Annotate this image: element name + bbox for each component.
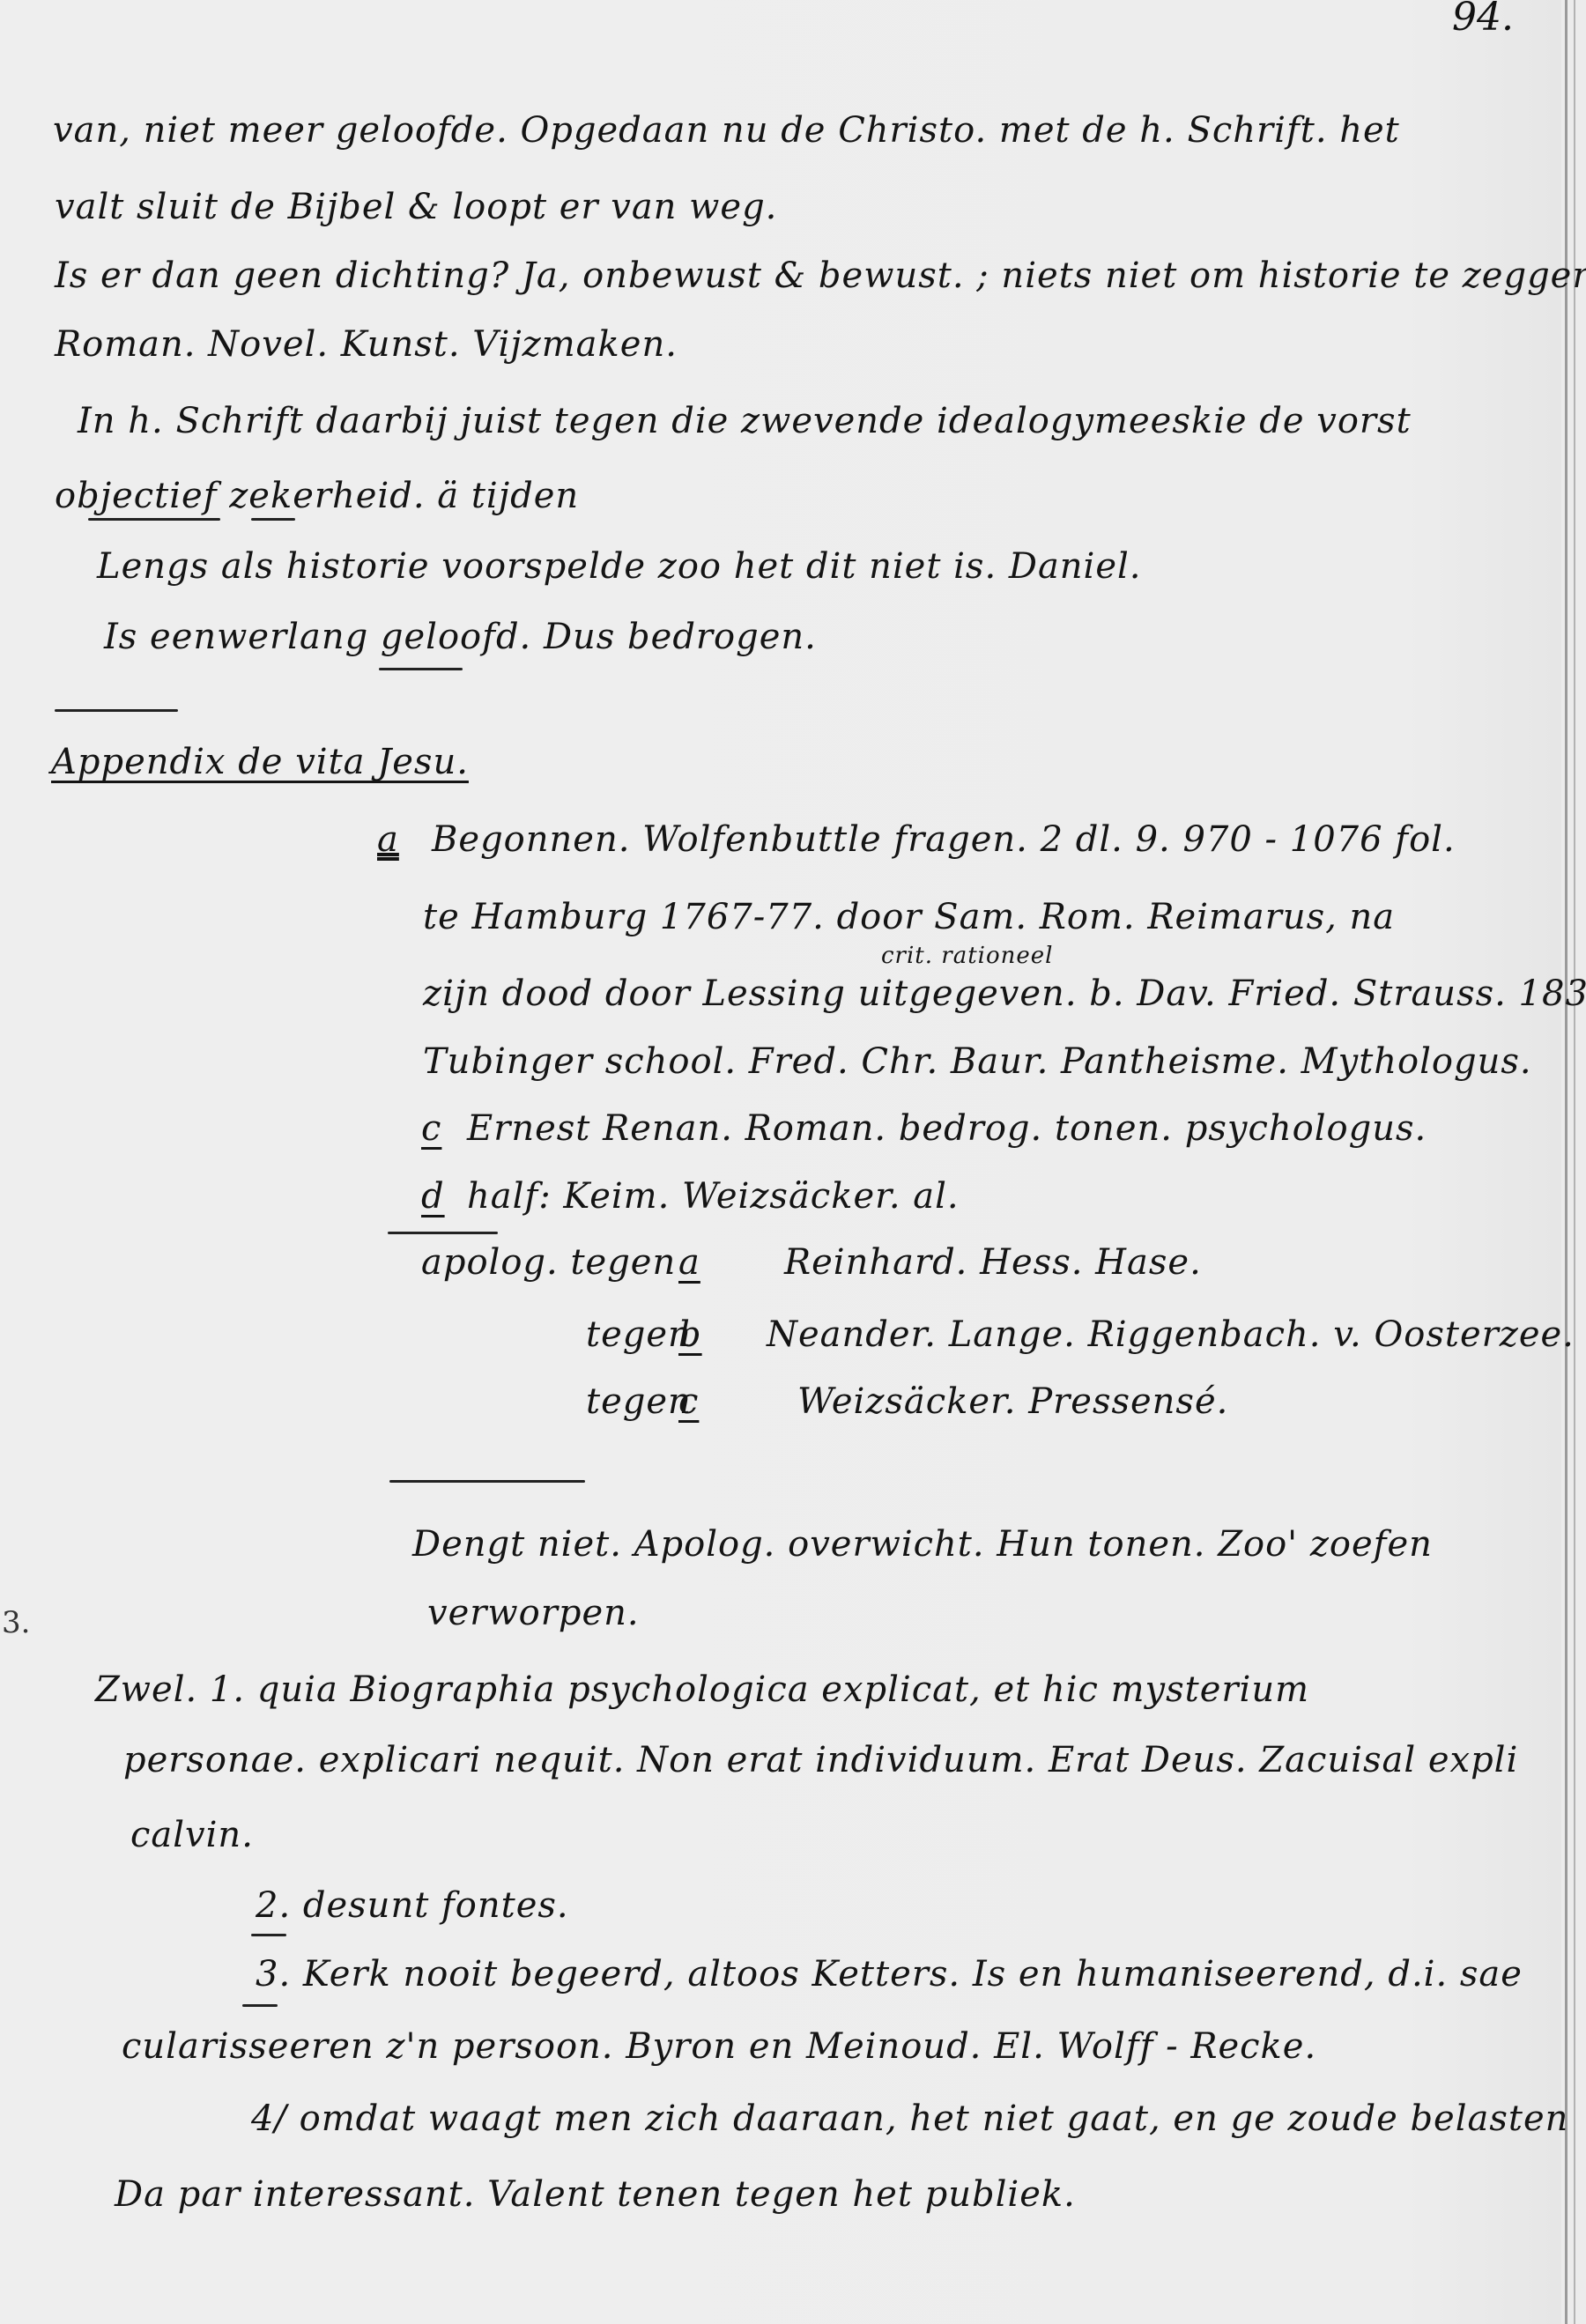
appendix-heading: Appendix de vita Jesu. [51,742,469,782]
text-line: objectief zekerheid. ä tijden [55,476,579,516]
apolog-item: Weizsäcker. Pressensé. [797,1381,1228,1422]
text-line: personae. explicari nequit. Non erat ind… [123,1740,1518,1780]
apolog-prefix: apolog. tegen [421,1242,676,1283]
underline [388,1232,498,1234]
section-divider [55,709,178,712]
text-line: 4/ omdat waagt men zich daaraan, het nie… [251,2098,1568,2139]
appendix-marker: d [421,1176,445,1217]
apolog-prefix: tegen [586,1381,692,1422]
text-line: verworpen. [427,1593,640,1633]
appendix-item: half: Keim. Weizsäcker. al. [467,1176,960,1217]
appendix-marker: c [421,1108,441,1149]
text-line: 2. desunt fontes. [256,1885,569,1926]
appendix-item: Ernest Renan. Roman. bedrog. tonen. psyc… [467,1108,1427,1149]
page-number: 94. [1452,0,1514,40]
apolog-marker: c [678,1381,699,1422]
appendix-marker: a [377,819,399,860]
underline [251,1934,286,1936]
text-line: Dengt niet. Apolog. overwicht. Hun tonen… [412,1524,1433,1565]
apolog-item: Reinhard. Hess. Hase. [784,1242,1202,1283]
appendix-item: Tubinger school. Fred. Chr. Baur. Panthe… [423,1041,1532,1082]
text-line: Is eenwerlang geloofd. Dus bedrogen. [104,617,817,657]
text-line: In h. Schrift daarbij juist tegen die zw… [78,401,1412,441]
apolog-marker: b [678,1314,702,1355]
appendix-item: zijn dood door Lessing uitgegeven. b. Da… [423,973,1586,1014]
apolog-prefix: tegen [586,1314,692,1355]
text-line: cularisseeren z'n persoon. Byron en Mein… [122,2026,1316,2067]
underline [379,668,463,670]
text-line: 3. Kerk nooit begeerd, altoos Ketters. I… [256,1954,1523,1995]
page-edge [1574,0,1575,2324]
underline [251,518,295,521]
page-edge [1565,0,1567,2324]
text-line: van, niet meer geloofde. Opgedaan nu de … [53,110,1400,151]
appendix-item: Begonnen. Wolfenbuttle fragen. 2 dl. 9. … [432,819,1456,860]
text-line: Zwel. 1. quia Biographia psychologica ex… [95,1669,1309,1710]
apolog-item: Neander. Lange. Riggenbach. v. Oosterzee… [767,1314,1575,1355]
text-line: Roman. Novel. Kunst. Vijzmaken. [55,324,678,365]
apolog-marker: a [678,1242,700,1283]
text-line: Is er dan geen dichting? Ja, onbewust & … [55,255,1586,296]
underline [242,2004,278,2007]
text-line: valt sluit de Bijbel & loopt er van weg. [55,187,777,227]
underline [88,518,220,521]
text-line: Da par interessant. Valent tenen tegen h… [115,2174,1076,2215]
text-line: calvin. [130,1815,254,1855]
appendix-item: te Hamburg 1767-77. door Sam. Rom. Reima… [423,897,1395,937]
interlinear-annotation: crit. rationeel [881,943,1053,969]
margin-number: 3. [2,1605,30,1640]
text-line: Lengs als historie voorspelde zoo het di… [97,546,1142,587]
section-divider [389,1480,585,1483]
